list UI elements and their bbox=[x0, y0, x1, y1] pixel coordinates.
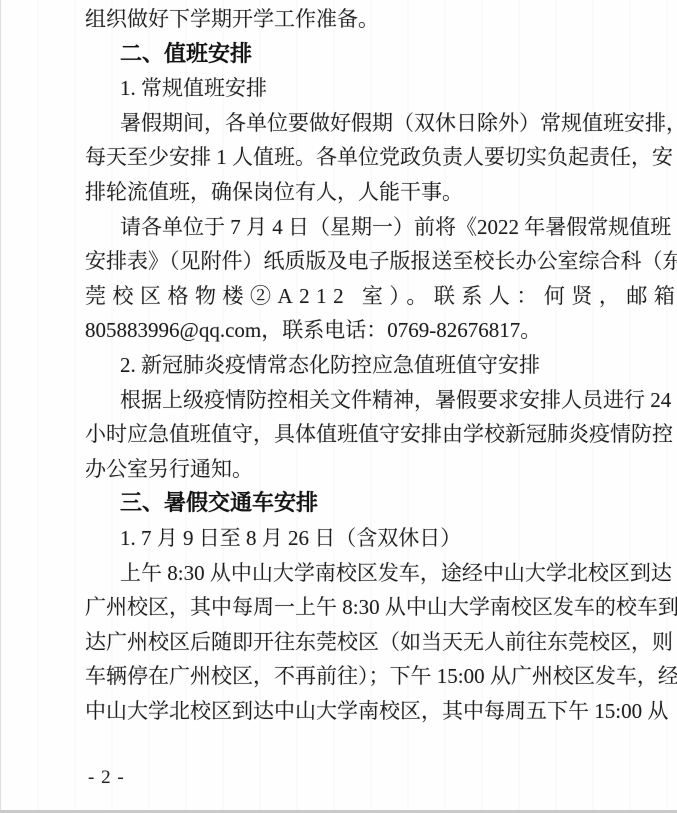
section-heading-line: 三、暑假交通车安排 bbox=[85, 486, 625, 521]
text-line: 805883996@qq.com，联系电话：0769-82676817。 bbox=[85, 313, 625, 348]
text-line: 组织做好下学期开学工作准备。 bbox=[85, 2, 625, 37]
text-line: 根据上级疫情防控相关文件精神，暑假要求安排人员进行 24 bbox=[85, 383, 625, 418]
text-line: 广州校区，其中每周一上午 8:30 从中山大学南校区发车的校车到 bbox=[85, 590, 625, 625]
text-line: 1. 常规值班安排 bbox=[85, 71, 625, 106]
text-line: 车辆停在广州校区，不再前往）；下午 15:00 从广州校区发车，经 bbox=[85, 659, 625, 694]
text-line: 1. 7 月 9 日至 8 月 26 日（含双休日） bbox=[85, 521, 625, 556]
text-line: 达广州校区后随即开往东莞校区（如当天无人前往东莞校区，则 bbox=[85, 625, 625, 660]
text-line: 莞校区格物楼②A212 室）。联系人：何贤，邮箱： bbox=[85, 279, 625, 314]
scan-edge-left bbox=[0, 0, 1, 813]
page-number-footer: - 2 - bbox=[88, 767, 125, 789]
text-line: 暑假期间，各单位要做好假期（双休日除外）常规值班安排， bbox=[85, 106, 625, 141]
text-line: 小时应急值班值守，具体值班值守安排由学校新冠肺炎疫情防控 bbox=[85, 417, 625, 452]
text-line: 安排表》（见附件）纸质版及电子版报送至校长办公室综合科（东 bbox=[85, 244, 625, 279]
text-line: 办公室另行通知。 bbox=[85, 452, 625, 487]
document-text-block: 组织做好下学期开学工作准备。二、值班安排1. 常规值班安排暑假期间，各单位要做好… bbox=[85, 2, 625, 728]
text-line: 排轮流值班，确保岗位有人，人能干事。 bbox=[85, 175, 625, 210]
scanned-document-page: 组织做好下学期开学工作准备。二、值班安排1. 常规值班安排暑假期间，各单位要做好… bbox=[0, 0, 677, 813]
section-heading-line: 二、值班安排 bbox=[85, 37, 625, 72]
text-line: 2. 新冠肺炎疫情常态化防控应急值班值守安排 bbox=[85, 348, 625, 383]
text-line: 上午 8:30 从中山大学南校区发车，途经中山大学北校区到达 bbox=[85, 556, 625, 591]
text-line: 中山大学北校区到达中山大学南校区，其中每周五下午 15:00 从 bbox=[85, 694, 625, 729]
text-line: 每天至少安排 1 人值班。各单位党政负责人要切实负起责任，安 bbox=[85, 140, 625, 175]
text-line: 请各单位于 7 月 4 日（星期一）前将《2022 年暑假常规值班 bbox=[85, 210, 625, 245]
